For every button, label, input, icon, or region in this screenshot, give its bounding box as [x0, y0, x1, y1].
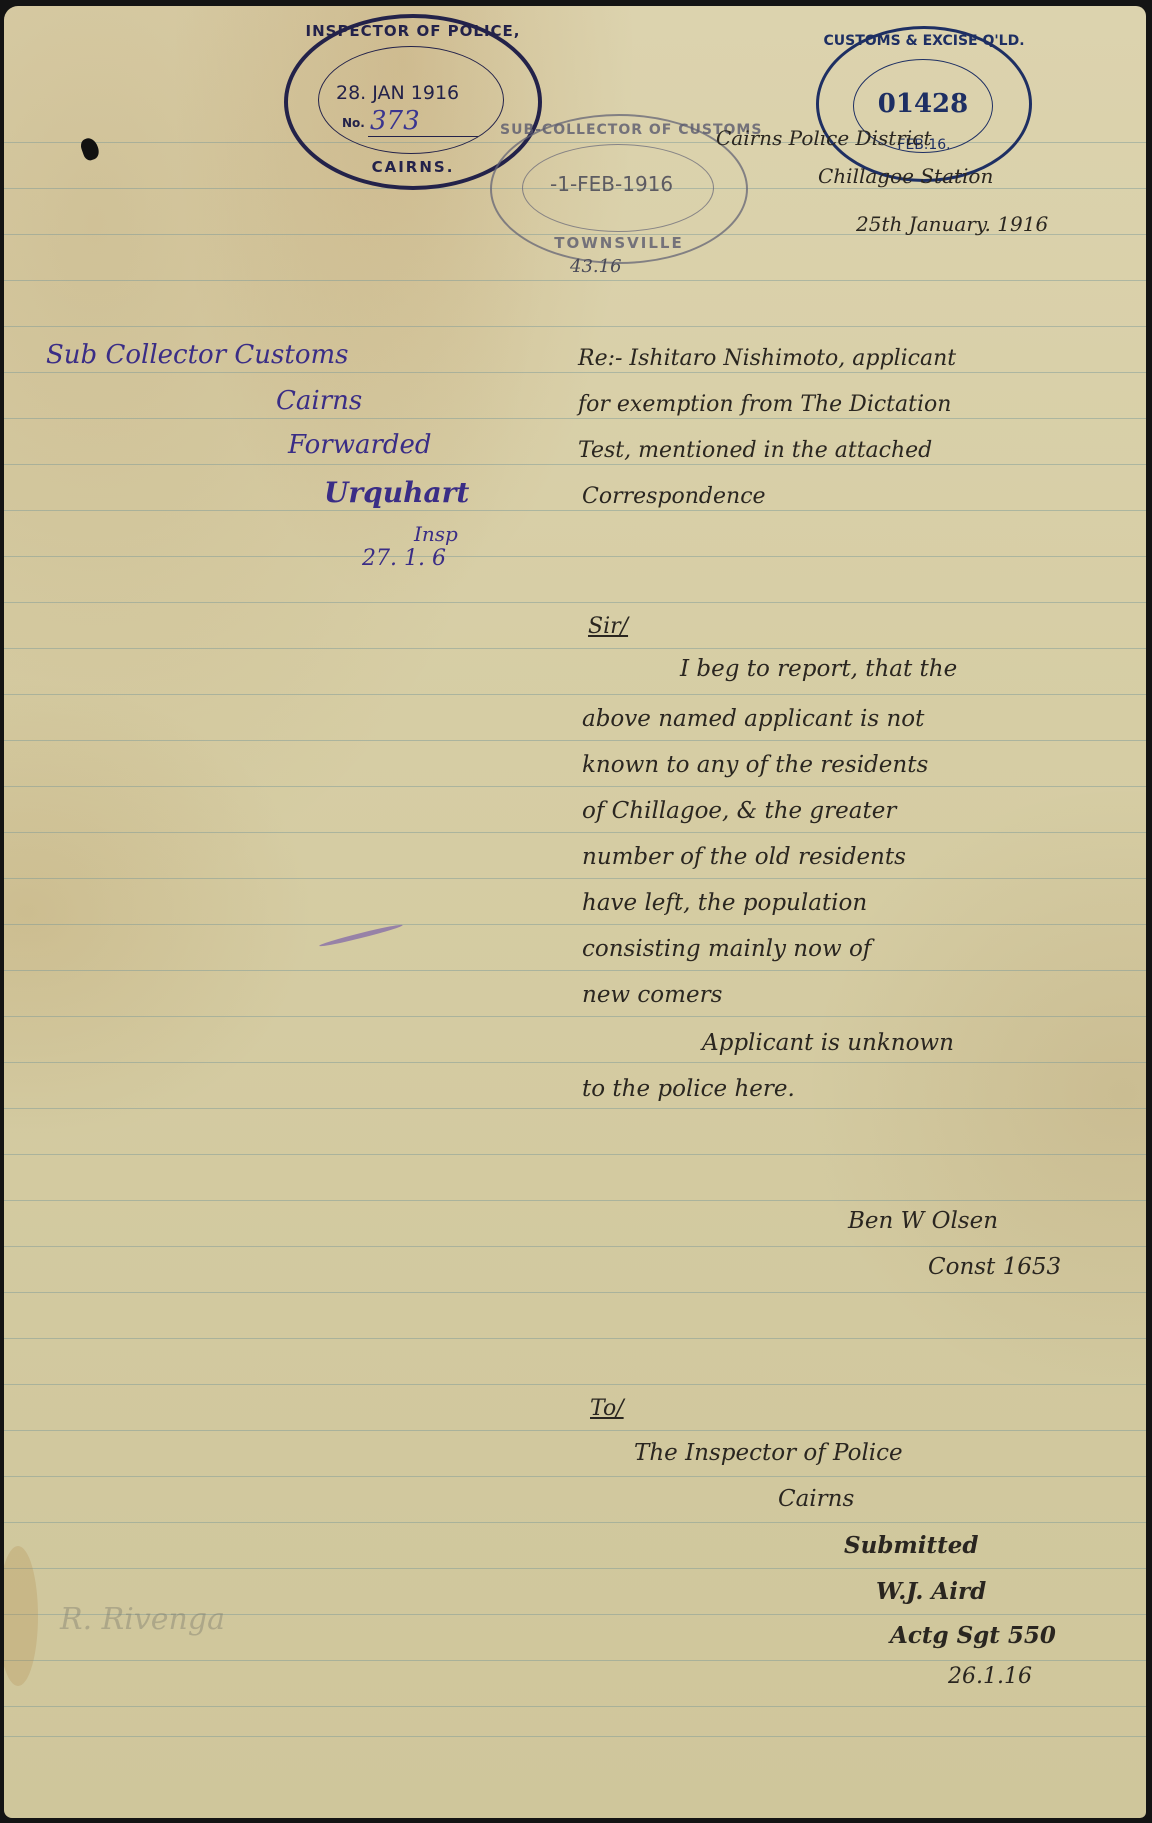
subject-line-4: Correspondence	[582, 484, 766, 509]
customs-excise-stamp: CUSTOMS & EXCISE Q'LD. 01428 FEB.16.	[816, 26, 1032, 182]
stamp-annotation: 43.16	[570, 256, 622, 277]
submitted-date: 26.1.16	[948, 1664, 1032, 1689]
signature-rank: Const 1653	[928, 1254, 1061, 1280]
stamp-date: 28. JAN 1916	[336, 82, 459, 104]
subject-line-2: for exemption from The Dictation	[578, 392, 951, 417]
signature-name: Ben W Olsen	[848, 1208, 998, 1234]
stamp-no-label: No.	[342, 116, 365, 130]
stamp-top-text: SUB-COLLECTOR OF CUSTOMS	[500, 122, 738, 138]
stamp-top-text: INSPECTOR OF POLICE,	[302, 22, 524, 40]
margin-note-date: 27. 1. 6	[362, 546, 446, 571]
body-line: number of the old residents	[582, 844, 906, 870]
body-line: consisting mainly now of	[582, 936, 871, 962]
header-district: Cairns Police District	[716, 126, 932, 150]
body-line: Applicant is unknown	[702, 1030, 954, 1056]
stamp-date: -1-FEB-1916	[550, 172, 673, 196]
body-line: known to any of the residents	[582, 752, 928, 778]
foxing-stain	[4, 1546, 38, 1686]
sub-collector-of-customs-stamp: SUB-COLLECTOR OF CUSTOMS -1-FEB-1916 TOW…	[490, 114, 748, 264]
body-line: have left, the population	[582, 890, 867, 916]
address-line-2: Cairns	[778, 1486, 854, 1512]
body-line: new comers	[582, 982, 722, 1008]
margin-note-addressee: Sub Collector Customs	[46, 340, 348, 370]
ink-blot	[79, 136, 102, 162]
stamp-number: 373	[370, 106, 420, 136]
margin-note-initials: Insp	[414, 522, 458, 546]
body-line: of Chillagoe, & the greater	[582, 798, 896, 824]
address-line-1: The Inspector of Police	[634, 1440, 903, 1466]
submitted-name: W.J. Aird	[876, 1578, 986, 1605]
margin-note-forwarded: Forwarded	[288, 430, 432, 460]
stamp-bottom-text: TOWNSVILLE	[492, 234, 746, 252]
header-date: 25th January. 1916	[856, 212, 1048, 236]
document-page: INSPECTOR OF POLICE, 28. JAN 1916 No. 37…	[4, 6, 1146, 1818]
faint-pencil-note: R. Rivenga	[60, 1602, 225, 1637]
body-line: above named applicant is not	[582, 706, 924, 732]
body-line: to the police here.	[582, 1076, 795, 1102]
margin-note-signature: Urquhart	[324, 476, 469, 509]
address-to: To/	[590, 1396, 624, 1421]
purple-ink-mark	[319, 923, 404, 949]
margin-note-city: Cairns	[276, 386, 362, 416]
salutation: Sir/	[588, 614, 628, 639]
stamp-top-text: CUSTOMS & EXCISE Q'LD.	[823, 33, 1025, 49]
header-station: Chillagoe Station	[818, 164, 993, 188]
subject-line-3: Test, mentioned in the attached	[578, 438, 932, 463]
subject-line-1: Re:- Ishitaro Nishimoto, applicant	[578, 346, 956, 371]
body-line: I beg to report, that the	[680, 656, 957, 682]
submitted-label: Submitted	[844, 1532, 978, 1559]
submitted-rank: Actg Sgt 550	[890, 1622, 1056, 1649]
stamp-number: 01428	[863, 89, 983, 119]
